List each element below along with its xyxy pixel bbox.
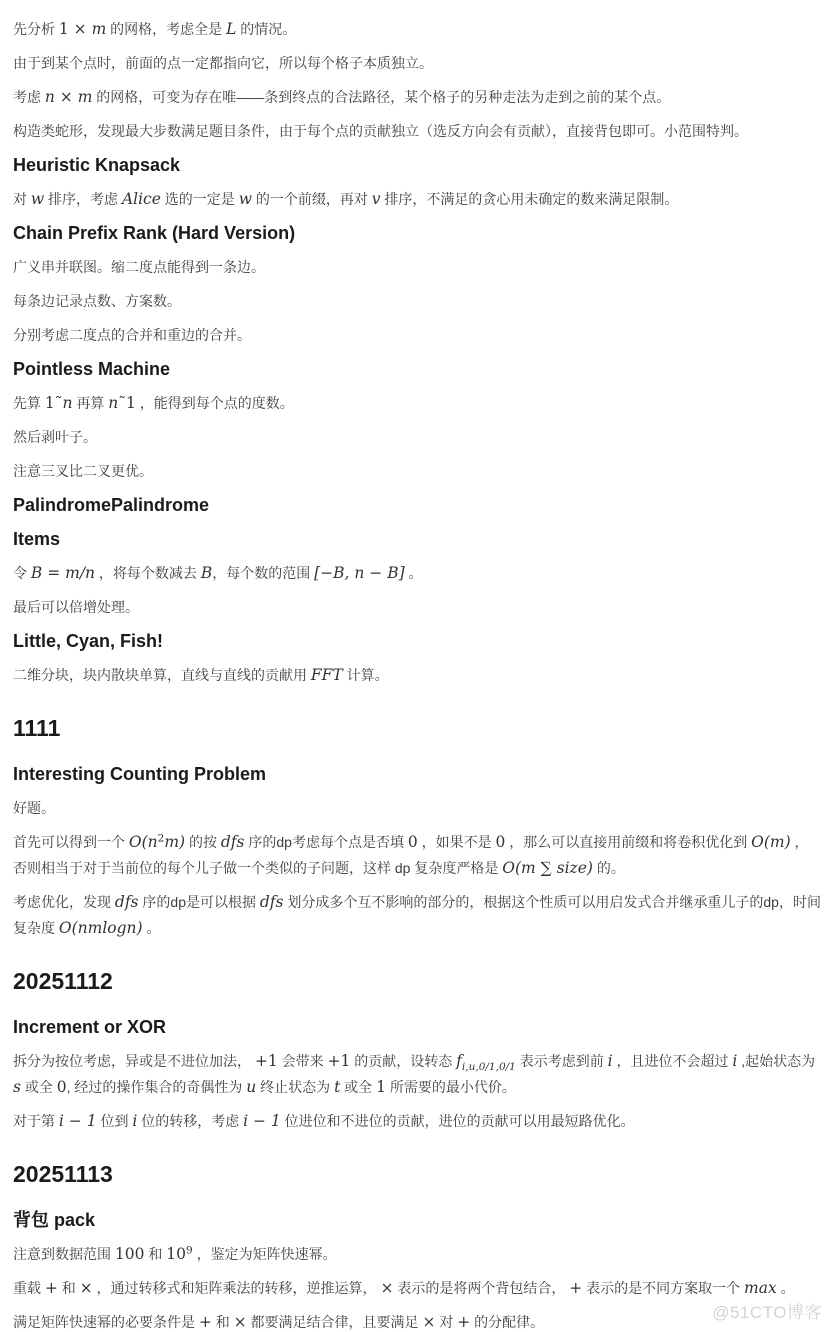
text-run: 20251112 <box>13 968 113 994</box>
text-run: 和 <box>212 1314 234 1330</box>
text-run: 分别考虑二度点的合并和重边的合并。 <box>13 327 251 343</box>
text-run: 会带来 <box>278 1053 328 1069</box>
math-inline: × <box>234 1313 247 1331</box>
math-inline: w <box>31 190 44 208</box>
text-run: 计算。 <box>343 667 389 683</box>
heading-20251113: 20251113 <box>13 1158 821 1190</box>
para-good-problem: 好题。 <box>13 795 821 821</box>
para-independent-cells: 由于到某个点时，前面的点一定都指向它，所以每个格子本质独立。 <box>13 50 821 76</box>
text-run: PalindromePalindrome <box>13 495 209 515</box>
text-run: ,起始状态为 <box>737 1053 815 1069</box>
math-inline: 0 <box>57 1078 67 1096</box>
heading-heuristic-knapsack: Heuristic Knapsack <box>13 152 821 178</box>
math-inline: + <box>45 1279 58 1297</box>
text-run: 的贡献，设转态 <box>350 1053 456 1069</box>
para-overload-operators: 重载 + 和 × ，通过转移式和矩阵乘法的转移，逆推运算， × 表示的是将两个背… <box>13 1275 821 1301</box>
text-run: 。 <box>143 920 161 936</box>
math-inline: + <box>199 1313 212 1331</box>
math-inline: m <box>92 20 107 38</box>
text-run: 排序，不满足的贪心用未确定的数来满足限制。 <box>381 191 679 207</box>
para-carry-transfer: 对于第 i − 1 位到 i 位的转移，考虑 i − 1 位进位和不进位的贡献，… <box>13 1108 821 1134</box>
text-run: 每条边记录点数、方案数。 <box>13 293 181 309</box>
heading-items: Items <box>13 526 821 552</box>
para-merge-consider: 分别考虑二度点的合并和重边的合并。 <box>13 322 821 348</box>
text-run: 注意三叉比二叉更优。 <box>13 463 153 479</box>
text-run: 考虑 <box>13 89 45 105</box>
para-edge-records: 每条边记录点数、方案数。 <box>13 288 821 314</box>
text-run: 对 <box>13 191 31 207</box>
heading-20251112: 20251112 <box>13 965 821 997</box>
math-inline: max <box>744 1279 777 1297</box>
math-inline: u <box>246 1078 256 1096</box>
math-inline: × <box>380 1279 393 1297</box>
math-inline: 1 <box>376 1078 386 1096</box>
math-inline: ∑ <box>536 859 557 877</box>
text-run: 所需要的最小代价。 <box>386 1079 516 1095</box>
text-run: Interesting Counting Problem <box>13 764 266 784</box>
text-run: 或全 <box>340 1079 376 1095</box>
text-run: ，且进位不会超过 <box>613 1053 733 1069</box>
text-run: 位的转移，考虑 <box>137 1113 243 1129</box>
article: 先分析 1 × m 的网格，考虑全是 L 的情况。由于到某个点时，前面的点一定都… <box>0 0 837 1332</box>
text-run: 。 <box>777 1280 795 1296</box>
heading-palindromepalindrome: PalindromePalindrome <box>13 492 821 518</box>
math-inline: × <box>422 1313 435 1331</box>
text-run: ，鉴定为矩阵快速幂。 <box>193 1246 337 1262</box>
text-run: 满足矩阵快速幂的必要条件是 <box>13 1314 199 1330</box>
text-run: 令 <box>13 565 31 581</box>
heading-little-cyan-fish: Little, Cyan, Fish! <box>13 628 821 654</box>
text-run: Chain Prefix Rank (Hard Version) <box>13 223 295 243</box>
text-run: 的一个前缀，再对 <box>252 191 372 207</box>
text-run: 都要满足结合律，且要满足 <box>247 1314 423 1330</box>
text-run: 序的dp考虑每个点是否填 <box>244 834 407 850</box>
text-run: 的。 <box>593 860 625 876</box>
para-bitwise-split: 拆分为按位考虑，异或是不进位加法， +1 会带来 +1 的贡献，设转态 fi,u… <box>13 1048 821 1100</box>
math-inline: 1 × <box>59 20 92 38</box>
math-inline: n <box>63 394 73 412</box>
math-inline: i − 1 <box>243 1112 281 1130</box>
text-run: 然后剥叶子。 <box>13 429 97 445</box>
math-inline: size) <box>557 859 593 877</box>
text-run: 构造类蛇形，发现最大步数满足题目条件，由于每个点的贡献独立（选反方向会有贡献），… <box>13 123 748 139</box>
text-run: 和 <box>144 1246 166 1262</box>
text-run: 背包 pack <box>13 1210 95 1230</box>
text-run: 或全 <box>21 1079 57 1095</box>
math-inline: +1 <box>328 1052 351 1070</box>
text-run: 表示的是不同方案取一个 <box>582 1280 744 1296</box>
text-run: 二维分块，块内散块单算，直线与直线的贡献用 <box>13 667 311 683</box>
text-run: 再算 <box>73 395 109 411</box>
text-run: 和 <box>58 1280 80 1296</box>
text-run: 的按 <box>185 834 221 850</box>
math-inline: w <box>239 190 252 208</box>
text-run: 排序，考虑 <box>44 191 122 207</box>
text-run: 的分配律。 <box>470 1314 544 1330</box>
math-inline: ˜1 <box>118 394 136 412</box>
heading-interesting-counting-problem: Interesting Counting Problem <box>13 761 821 787</box>
math-inline: v <box>372 190 381 208</box>
para-heuristic-knapsack-solution: 对 w 排序，考虑 Alice 选的一定是 w 的一个前缀，再对 v 排序，不满… <box>13 186 821 212</box>
math-inline: [−B, n − B] <box>314 564 405 582</box>
text-run: 1111 <box>13 715 60 741</box>
text-run: 位到 <box>97 1113 133 1129</box>
text-run: 先分析 <box>13 21 59 37</box>
para-series-parallel-graph: 广义串并联图。缩二度点能得到一条边。 <box>13 254 821 280</box>
math-inline: O(m) <box>751 833 791 851</box>
math-inline: 9 <box>186 1244 193 1256</box>
text-run: Increment or XOR <box>13 1017 166 1037</box>
math-inline: i − 1 <box>59 1112 97 1130</box>
para-2d-blocks-fft: 二维分块，块内散块单算，直线与直线的贡献用 FFT 计算。 <box>13 662 821 688</box>
text-run: 表示的是将两个背包结合， <box>393 1280 569 1296</box>
text-run: ，那么可以直接用前缀和将卷积优化到 <box>505 834 751 850</box>
heading-beibao-pack: 背包 pack <box>13 1207 821 1233</box>
heading-increment-or-xor: Increment or XOR <box>13 1014 821 1040</box>
para-grid-1xm: 先分析 1 × m 的网格，考虑全是 L 的情况。 <box>13 16 821 42</box>
math-inline: 100 <box>115 1245 145 1263</box>
text-run: 由于到某个点时，前面的点一定都指向它，所以每个格子本质独立。 <box>13 55 433 71</box>
math-inline: n <box>108 394 118 412</box>
para-dfs-dp: 首先可以得到一个 O(n2m) 的按 dfs 序的dp考虑每个点是否填 0 ，如… <box>13 829 821 881</box>
text-run: Little, Cyan, Fish! <box>13 631 163 651</box>
math-inline: Alice <box>122 190 161 208</box>
para-matrix-power-conditions: 满足矩阵快速幂的必要条件是 + 和 × 都要满足结合律，且要满足 × 对 + 的… <box>13 1309 821 1332</box>
text-run: 先算 <box>13 395 45 411</box>
para-peel-leaves: 然后剥叶子。 <box>13 424 821 450</box>
para-snake-construction: 构造类蛇形，发现最大步数满足题目条件，由于每个点的贡献独立（选反方向会有贡献），… <box>13 118 821 144</box>
text-run: 选的一定是 <box>161 191 239 207</box>
math-inline: + <box>457 1313 470 1331</box>
text-run: Heuristic Knapsack <box>13 155 180 175</box>
text-run: 注意到数据范围 <box>13 1246 115 1262</box>
text-run: ，每个数的范围 <box>212 565 314 581</box>
text-run: 的情况。 <box>236 21 296 37</box>
heading-pointless-machine: Pointless Machine <box>13 356 821 382</box>
math-inline: dfs <box>260 893 284 911</box>
text-run: 重载 <box>13 1280 45 1296</box>
text-run: 考虑优化，发现 <box>13 894 115 910</box>
math-inline: n <box>45 88 55 106</box>
heading-1111: 1111 <box>13 712 821 744</box>
math-inline: 10 <box>166 1245 186 1263</box>
text-run: Items <box>13 529 60 549</box>
math-inline: FFT <box>311 666 343 684</box>
math-inline: +1 <box>255 1052 278 1070</box>
text-run: 序的dp是可以根据 <box>139 894 260 910</box>
text-run: 20251113 <box>13 1161 113 1187</box>
text-run: ，能得到每个点的度数。 <box>136 395 294 411</box>
math-inline: × <box>80 1279 93 1297</box>
math-inline: L <box>226 20 236 38</box>
math-inline: B = m/n <box>31 564 95 582</box>
math-inline: 0 <box>408 833 418 851</box>
text-run: 终止状态为 <box>256 1079 334 1095</box>
text-run: 对于第 <box>13 1113 59 1129</box>
math-inline: m <box>78 88 93 106</box>
math-inline: 1˜ <box>45 394 63 412</box>
math-inline: O(nmlogn) <box>59 919 143 937</box>
text-run: 首先可以得到一个 <box>13 834 129 850</box>
text-run: ，将每个数减去 <box>95 565 201 581</box>
text-run: 广义串并联图。缩二度点能得到一条边。 <box>13 259 265 275</box>
para-ternary-better: 注意三叉比二叉更优。 <box>13 458 821 484</box>
text-run: 表示考虑到前 <box>516 1053 608 1069</box>
text-run: ，如果不是 <box>418 834 496 850</box>
text-run: 好题。 <box>13 800 55 816</box>
text-run: 。 <box>405 565 423 581</box>
para-doubling: 最后可以倍增处理。 <box>13 594 821 620</box>
para-matrix-power-range: 注意到数据范围 100 和 109 ，鉴定为矩阵快速幂。 <box>13 1241 821 1267</box>
math-inline: i,u,0/1,0/1 <box>462 1061 516 1073</box>
text-run: Pointless Machine <box>13 359 170 379</box>
text-run: ，通过转移式和矩阵乘法的转移，逆推运算， <box>93 1280 381 1296</box>
math-inline: O(m <box>502 859 535 877</box>
text-run: 的网格，可变为存在唯——条到终点的合法路径，某个格子的另种走法为走到之前的某个点… <box>92 89 670 105</box>
watermark-51cto: @51CTO博客 <box>712 1298 822 1323</box>
math-inline: + <box>569 1279 582 1297</box>
text-run: 的网格，考虑全是 <box>106 21 226 37</box>
para-range-b: 令 B = m/n ，将每个数减去 B，每个数的范围 [−B, n − B] 。 <box>13 560 821 586</box>
math-inline: × <box>55 88 78 106</box>
text-run: , 经过的操作集合的奇偶性为 <box>67 1079 247 1095</box>
math-inline: O(n <box>129 833 158 851</box>
text-run: 最后可以倍增处理。 <box>13 599 139 615</box>
math-inline: dfs <box>115 893 139 911</box>
text-run: 拆分为按位考虑，异或是不进位加法， <box>13 1053 255 1069</box>
math-inline: s <box>13 1078 21 1096</box>
math-inline: 0 <box>496 833 506 851</box>
para-grid-nxm: 考虑 n × m 的网格，可变为存在唯——条到终点的合法路径，某个格子的另种走法… <box>13 84 821 110</box>
heading-chain-prefix-rank: Chain Prefix Rank (Hard Version) <box>13 220 821 246</box>
math-inline: B <box>201 564 212 582</box>
math-inline: m) <box>164 833 185 851</box>
para-dp-optimization: 考虑优化，发现 dfs 序的dp是可以根据 dfs 划分成多个互不影响的部分的，… <box>13 889 821 941</box>
para-degree-calc: 先算 1˜n 再算 n˜1 ，能得到每个点的度数。 <box>13 390 821 416</box>
math-inline: dfs <box>221 833 245 851</box>
text-run: 对 <box>435 1314 457 1330</box>
text-run: 位进位和不进位的贡献，进位的贡献可以用最短路优化。 <box>281 1113 635 1129</box>
